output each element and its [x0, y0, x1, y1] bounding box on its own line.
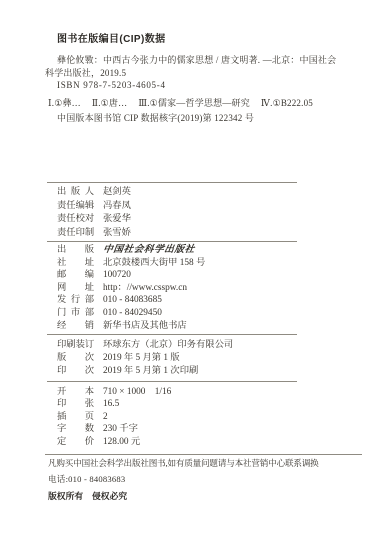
row-label: 开本	[57, 386, 94, 398]
row-value: 赵剑英	[103, 187, 131, 197]
row-label: 责任编辑	[57, 200, 94, 214]
printing-section: 印刷装订环球东方（北京）印务有限公司 版次2019 年 5 月第 1 版 印次2…	[57, 339, 233, 377]
table-row: 出版人赵剑英	[57, 186, 131, 200]
row-value: 北京鼓楼西大街甲 158 号	[103, 258, 205, 268]
row-label: 邮编	[57, 269, 94, 282]
copyright-statement: 版权所有 侵权必究	[48, 489, 338, 502]
row-label: 插页	[57, 411, 94, 423]
cip-header: 图书在版编目(CIP)数据	[57, 30, 166, 45]
table-row: 责任印制张雪娇	[57, 227, 131, 241]
cip-description-line1: 彝伦攸斁：中西古今张力中的儒家思想 / 唐文明著. —北京：中国社会	[57, 53, 336, 66]
row-label: 印张	[57, 398, 94, 410]
table-row: 责任编辑冯春凤	[57, 200, 131, 214]
row-value: http：//www.csspw.cn	[103, 283, 187, 293]
classification-segment-1: Ⅰ.①彝…	[48, 98, 81, 108]
table-row: 门市部010 - 84029450	[57, 307, 205, 320]
row-label: 经销	[57, 320, 94, 333]
row-label: 出版	[57, 244, 94, 257]
table-row: 网址http：//www.csspw.cn	[57, 282, 205, 295]
row-value: 128.00 元	[103, 437, 140, 447]
table-row: 开本710 × 1000 1/16	[57, 386, 171, 398]
staff-section: 出版人赵剑英 责任编辑冯春凤 责任校对张爱华 责任印制张雪娇	[57, 186, 131, 240]
table-row: 插页2	[57, 411, 171, 423]
row-value: 环球东方（北京）印务有限公司	[103, 340, 233, 350]
copyright-page: 图书在版编目(CIP)数据 彝伦攸斁：中西古今张力中的儒家思想 / 唐文明著. …	[0, 0, 375, 535]
table-row: 发行部010 - 84083685	[57, 294, 205, 307]
row-label: 印刷装订	[57, 339, 94, 352]
row-value: 16.5	[103, 399, 119, 409]
table-row: 邮编100720	[57, 269, 205, 282]
row-label: 网址	[57, 282, 94, 295]
cip-classification-line: Ⅰ.①彝…Ⅱ.①唐…Ⅲ.①儒家—哲学思想—研究Ⅳ.①B222.05	[48, 96, 313, 109]
table-row: 印刷装订环球东方（北京）印务有限公司	[57, 339, 233, 352]
row-label: 定价	[57, 436, 94, 448]
row-value: 2	[103, 412, 108, 422]
cip-description-line2: 科学出版社，2019.5	[45, 66, 126, 79]
row-label: 社址	[57, 257, 94, 270]
row-value: 2019 年 5 月第 1 次印刷	[103, 366, 198, 376]
table-row: 印张16.5	[57, 398, 171, 410]
row-label: 字数	[57, 423, 94, 435]
table-row: 社址北京鼓楼西大街甲 158 号	[57, 257, 205, 270]
row-value: 010 - 84029450	[103, 308, 162, 318]
classification-segment-3: Ⅲ.①儒家—哲学思想—研究	[138, 98, 250, 108]
row-value: 冯春凤	[103, 201, 131, 211]
classification-segment-2: Ⅱ.①唐…	[92, 98, 127, 108]
table-row: 版次2019 年 5 月第 1 版	[57, 352, 233, 365]
table-row: 责任校对张爱华	[57, 213, 131, 227]
row-value: 710 × 1000 1/16	[103, 387, 171, 397]
notice-phone: 电话:010 - 84083683	[48, 473, 338, 485]
row-value: 2019 年 5 月第 1 版	[103, 353, 180, 363]
divider-line-1	[47, 182, 297, 183]
table-row: 定价128.00 元	[57, 436, 171, 448]
isbn-line: ISBN 978-7-5203-4605-4	[57, 80, 166, 90]
row-label: 门市部	[57, 307, 94, 320]
publisher-logotype: 中国社会科学出版社	[102, 244, 196, 257]
divider-line-3	[47, 334, 297, 335]
row-label: 印次	[57, 365, 94, 378]
row-label: 责任校对	[57, 213, 94, 227]
publishing-section: 出版中国社会科学出版社 社址北京鼓楼西大街甲 158 号 邮编100720 网址…	[57, 244, 205, 332]
divider-line-2	[47, 241, 297, 242]
quality-notice: 凡购买中国社会科学出版社图书,如有质量问题请与本社营销中心联系调换 电话:010…	[48, 457, 338, 502]
row-value: 100720	[103, 270, 131, 280]
row-value: 张雪娇	[103, 228, 131, 238]
classification-segment-4: Ⅳ.①B222.05	[261, 98, 313, 108]
row-value: 新华书店及其他书店	[103, 321, 187, 331]
notice-text: 凡购买中国社会科学出版社图书,如有质量问题请与本社营销中心联系调换	[48, 457, 338, 469]
table-row: 印次2019 年 5 月第 1 次印刷	[57, 365, 233, 378]
table-row: 出版中国社会科学出版社	[57, 244, 205, 257]
table-row: 经销新华书店及其他书店	[57, 320, 205, 333]
row-label: 责任印制	[57, 227, 94, 241]
format-section: 开本710 × 1000 1/16 印张16.5 插页2 字数230 千字 定价…	[57, 386, 171, 448]
divider-line-4	[47, 381, 297, 382]
row-value: 010 - 84083685	[103, 295, 162, 305]
row-label: 出版人	[57, 186, 94, 200]
divider-line-5	[45, 454, 362, 455]
row-label: 版次	[57, 352, 94, 365]
row-value: 230 千字	[103, 424, 138, 434]
cip-record-number: 中国版本图书馆 CIP 数据核字(2019)第 122342 号	[57, 111, 254, 124]
row-value: 张爱华	[103, 214, 131, 224]
table-row: 字数230 千字	[57, 423, 171, 435]
row-label: 发行部	[57, 294, 94, 307]
